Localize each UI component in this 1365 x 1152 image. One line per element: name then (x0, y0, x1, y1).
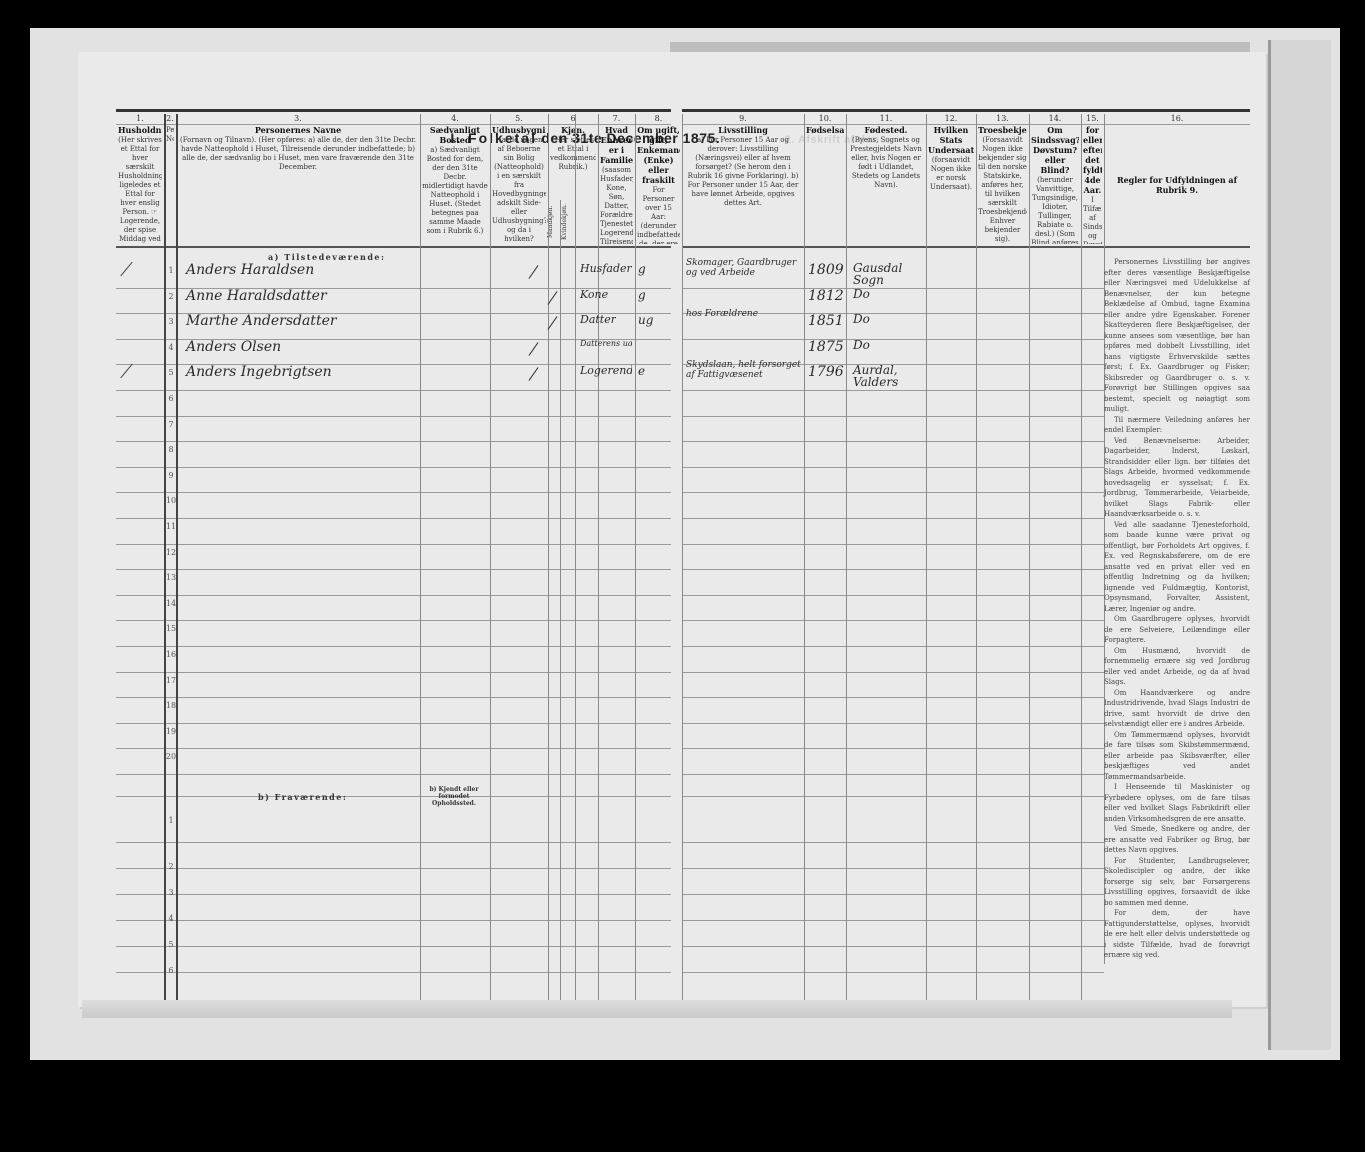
row-rule (682, 894, 1104, 895)
column-header-text: Havde nogen af Beboerne sin Bolig (Natte… (492, 136, 546, 244)
occupation: Skomager, Gaardbruger og ved Arbeide (686, 258, 802, 278)
family-role: Kone (580, 288, 608, 301)
family-role: Logerende (580, 364, 632, 377)
heavy-rule-left (116, 109, 671, 112)
column-header: Hvilken Stats Undersaat?(forsaavidt Noge… (928, 126, 974, 244)
row-rule (116, 416, 671, 417)
column-number: 5. (490, 114, 548, 123)
column-header: Om ugift, gift, Enkemand (Enke) eller fr… (637, 126, 680, 244)
column-header-text: (saasom Husfader, Kone, Søn, Datter, For… (600, 166, 633, 244)
birthplace: Aurdal, Valders (853, 364, 923, 388)
marital-status: ug (638, 313, 653, 327)
column-number: 15. (1081, 114, 1104, 123)
row-number: 19 (164, 727, 178, 736)
row-rule (116, 595, 671, 596)
row-rule (682, 620, 1104, 621)
row-number: 3 (164, 317, 178, 326)
header-bottom-rule (116, 246, 671, 248)
row-rule (116, 620, 671, 621)
row-rule (682, 842, 1104, 843)
row-number: 3 (164, 888, 178, 897)
row-number: 9 (164, 471, 178, 480)
column-number: 7. (598, 114, 635, 123)
rule-paragraph: For Studenter, Landbrugselever, Skoledis… (1104, 856, 1250, 909)
row-rule (682, 972, 1104, 973)
row-rule (682, 595, 1104, 596)
column-number: 10. (804, 114, 846, 123)
marital-status: g (638, 262, 646, 276)
column-header-title: Troesbekjendelse. (978, 126, 1027, 135)
row-number: 17 (164, 676, 178, 685)
column-header: Hvad Enhver er i Familien(saasom Husfade… (600, 126, 633, 244)
marital-status: e (638, 364, 645, 378)
rule-paragraph: Til nærmere Veiledning anføres her endel… (1104, 415, 1250, 436)
column-header: Sædvanligt Bosteda) Sædvanligt Bosted fo… (422, 126, 488, 244)
family-role: Datter (580, 313, 616, 326)
row-rule (682, 544, 1104, 545)
column-header-title: Om ugift, gift, Enkemand (Enke) eller fr… (637, 126, 680, 185)
header-rule (116, 124, 671, 125)
row-number: 15 (164, 624, 178, 633)
column-header-text: (forsaavidt Nogen ikke er norsk Undersaa… (928, 156, 974, 192)
column-rule (846, 114, 847, 1004)
column-rule (926, 114, 927, 1004)
row-rule (116, 441, 671, 442)
person-name: Marthe Andersdatter (186, 313, 337, 329)
row-number: 5 (164, 940, 178, 949)
occupation: hos Forældrene (686, 309, 802, 319)
column-header-title: Om Sindssvag? Døvstum? eller Blind? (1031, 126, 1079, 175)
rule-paragraph: Ved Smede, Snedkere og andre, der ere an… (1104, 824, 1250, 856)
row-rule (682, 748, 1104, 749)
row-rule (116, 920, 671, 921)
section-present-label: a) Tilstedeværende: (268, 252, 385, 262)
header-bottom-rule (682, 246, 1250, 248)
row-rule (116, 518, 671, 519)
row-number: 4 (164, 343, 178, 352)
column-header: Livsstillinga) For Personer 15 Aar og de… (684, 126, 802, 244)
column-header-text: (Fornavn og Tilnavn). (Her opføres: a) a… (178, 136, 418, 172)
person-name: Anders Olsen (186, 339, 281, 355)
row-rule (116, 697, 671, 698)
row-rule (116, 672, 671, 673)
column-header-text: (Her skrives et Ettal for hver særskilt … (118, 136, 162, 244)
column-rule (420, 114, 421, 1004)
row-rule (116, 390, 671, 391)
row-rule (116, 972, 671, 973)
column-rule (1081, 114, 1082, 1004)
row-number: 1 (164, 266, 178, 275)
column-header: Om Sindssvag? Døvstum? eller Blind?(heru… (1031, 126, 1079, 244)
column-number: 16. (1104, 114, 1250, 123)
row-number: 5 (164, 368, 178, 377)
column-header-title: Fødselsaar. (806, 126, 844, 135)
row-rule (116, 569, 671, 570)
rule-paragraph: For dem, der have Fattigunderstøttelse, … (1104, 908, 1250, 961)
column-rule (635, 114, 636, 1004)
rules-column-16: Personernes Livsstilling bør angives eft… (1104, 257, 1250, 961)
male-mark (529, 368, 539, 382)
row-rule (682, 920, 1104, 921)
row-rule (682, 492, 1104, 493)
row-number: 1 (164, 816, 178, 825)
family-role: Datterens uægte Søn (580, 339, 632, 348)
row-number: 6 (164, 966, 178, 975)
row-rule (682, 672, 1104, 673)
column-header: Personernes Navne(Fornavn og Tilnavn). (… (178, 126, 418, 244)
column-number: 9. (682, 114, 804, 123)
sex-subheader: Kvindekjøn. (560, 202, 572, 242)
row-rule (116, 796, 671, 797)
column-header: Fødselsaar. (806, 126, 844, 244)
male-mark (529, 265, 539, 279)
row-rule (682, 569, 1104, 570)
family-role: Husfader (580, 262, 632, 275)
household-tick-mark: / (120, 364, 132, 378)
person-name: Anders Ingebrigtsen (186, 364, 332, 380)
section-absent-label: b) Fraværende: (258, 792, 347, 802)
row-rule (116, 868, 671, 869)
row-rule (116, 646, 671, 647)
person-name: Anders Haraldsen (186, 262, 314, 278)
column-number: 13. (976, 114, 1029, 123)
column-header-text: (Forsaavidt Nogen ikke bekjender sig til… (978, 136, 1027, 244)
birthplace: Do (853, 288, 923, 300)
column-header-title: Personernes Navne (255, 126, 341, 135)
rule-paragraph: Ved alle saadanne Tjenesteforhold, som b… (1104, 520, 1250, 615)
column-header-text: (Byens, Sognets og Prestegjeldets Navn e… (848, 136, 924, 190)
column-rule (976, 114, 977, 1004)
column-header-title: Sædvanligt Bosted (430, 126, 480, 145)
birth-year: 1851 (808, 313, 844, 329)
column-number: 12. (926, 114, 976, 123)
row-number: 2 (164, 862, 178, 871)
row-rule (116, 842, 671, 843)
column-header-title: for eller efter det fyldte 4de Aar. (1083, 126, 1102, 195)
occupation: Skydslaan, helt forsorget af Fattigvæsen… (686, 360, 802, 380)
row-number: 13 (164, 573, 178, 582)
row-number: 20 (164, 752, 178, 761)
column-header-title: Udhusbygning? (492, 126, 546, 135)
row-rule (682, 467, 1104, 468)
row-rule (116, 723, 671, 724)
row-rule (116, 748, 671, 749)
rule-paragraph: Om Tømmermænd oplyses, hvorvidt de fare … (1104, 730, 1250, 783)
row-number: 6 (164, 394, 178, 403)
row-number: 7 (164, 420, 178, 429)
rule-paragraph: Ved Benævnelserne: Arbeider, Dagarbeider… (1104, 436, 1250, 520)
row-number: 11 (164, 522, 178, 531)
rule-paragraph: I Henseende til Maskinister og Fyrbødere… (1104, 782, 1250, 824)
row-rule (116, 774, 671, 775)
row-rule (682, 646, 1104, 647)
row-rule (116, 492, 671, 493)
birthplace: Do (853, 339, 923, 351)
column-header-title: Fødested. (865, 126, 908, 135)
household-tick-mark: / (120, 262, 132, 276)
back-sheet-edge (1268, 40, 1331, 1050)
column-rule (548, 114, 549, 1004)
column-header-title: Regler for Udfyldningen af Rubrik 9. (1117, 175, 1237, 195)
row-rule (682, 416, 1104, 417)
column-number: 3. (176, 114, 420, 123)
rule-paragraph: Om Husmænd, hvorvidt de fornemmelig ernæ… (1104, 646, 1250, 688)
column-header-text: a) Sædvanligt Bosted for dem, der den 31… (422, 146, 488, 236)
column-rule (1029, 114, 1030, 1004)
birthplace: Do (853, 313, 923, 325)
row-rule (682, 774, 1104, 775)
rule-paragraph: Om Gaardbrugere oplyses, hvorvidt de ere… (1104, 614, 1250, 646)
row-number: 14 (164, 599, 178, 608)
header-rule (682, 124, 1250, 125)
absent-location-header: b) Kjendt eller formodet Opholdssted. (420, 786, 488, 807)
column-rule (804, 114, 805, 1004)
female-mark (548, 291, 558, 305)
column-header-text: (Her sættes et Ettal i vedkommende Rubri… (550, 136, 596, 172)
row-rule (682, 697, 1104, 698)
row-rule (682, 796, 1104, 797)
male-mark (529, 342, 539, 356)
column-rule (682, 114, 683, 1004)
column-header-text: a) For Personer 15 Aar og derover: Livss… (684, 136, 802, 208)
row-number: 10 (164, 496, 178, 505)
column-header: Husholdninger.(Her skrives et Ettal for … (118, 126, 162, 244)
column-rule (598, 114, 599, 1004)
column-header: for eller efter det fyldte 4de Aar.I Til… (1083, 126, 1102, 244)
person-name: Anne Haraldsdatter (186, 288, 327, 304)
row-rule (116, 544, 671, 545)
column-header-title: Hvad Enhver er i Familien (600, 126, 633, 165)
row-number: 12 (164, 548, 178, 557)
column-header: Udhusbygning?Havde nogen af Beboerne sin… (492, 126, 546, 244)
page-fold-edge (82, 1000, 1232, 1018)
row-rule (682, 390, 1104, 391)
rule-paragraph: Om Haandværkere og andre Industridrivend… (1104, 688, 1250, 730)
female-mark (548, 316, 558, 330)
column-header-text: Personernes No. (166, 126, 174, 144)
rule-paragraph: Personernes Livsstilling bør angives eft… (1104, 257, 1250, 415)
row-rule (116, 467, 671, 468)
sex-subcolumn-rule (560, 200, 561, 1000)
column-header-text: For Personer over 15 Aar: (derunder indb… (637, 186, 680, 244)
row-number: 16 (164, 650, 178, 659)
column-number: 14. (1029, 114, 1081, 123)
row-number: 2 (164, 292, 178, 301)
column-rule (490, 114, 491, 1004)
column-header-text: (herunder Vanvittige, Tungsindige, Idiot… (1031, 176, 1079, 244)
birth-year: 1875 (808, 339, 844, 355)
column-number: 8. (635, 114, 682, 123)
marital-status: g (638, 288, 646, 302)
column-header-title: Hvilken Stats Undersaat? (928, 126, 974, 155)
column-header-title: Livsstilling (718, 126, 768, 135)
column-number: 4. (420, 114, 490, 123)
row-number: 18 (164, 701, 178, 710)
row-rule (682, 946, 1104, 947)
row-rule (116, 894, 671, 895)
birthplace: Gausdal Sogn (853, 262, 923, 286)
row-rule (682, 868, 1104, 869)
row-number: 8 (164, 445, 178, 454)
birth-year: 1796 (808, 364, 844, 380)
column-header: Fødested.(Byens, Sognets og Prestegjelde… (848, 126, 924, 244)
column-number: 11. (846, 114, 926, 123)
row-rule (116, 946, 671, 947)
column-header-title: Husholdninger. (118, 126, 162, 135)
census-form-page: I. Folketal den 31te December 1875. 2. A… (78, 52, 1266, 1007)
heavy-rule-right (682, 109, 1250, 112)
column-rule (575, 114, 576, 1004)
column-header: Troesbekjendelse.(Forsaavidt Nogen ikke … (978, 126, 1027, 244)
column-header-text: I Tilfælde af Sindssvaghed og Døvstumhed… (1083, 196, 1102, 244)
row-rule (682, 441, 1104, 442)
column-header: Personernes No. (166, 126, 174, 244)
row-number: 4 (164, 914, 178, 923)
column-number: 1. (116, 114, 164, 123)
row-rule (682, 723, 1104, 724)
row-rule (682, 518, 1104, 519)
birth-year: 1809 (808, 262, 844, 278)
column-number: 6 (548, 114, 598, 123)
column-header-title: Kjøn. (561, 126, 585, 135)
birth-year: 1812 (808, 288, 844, 304)
